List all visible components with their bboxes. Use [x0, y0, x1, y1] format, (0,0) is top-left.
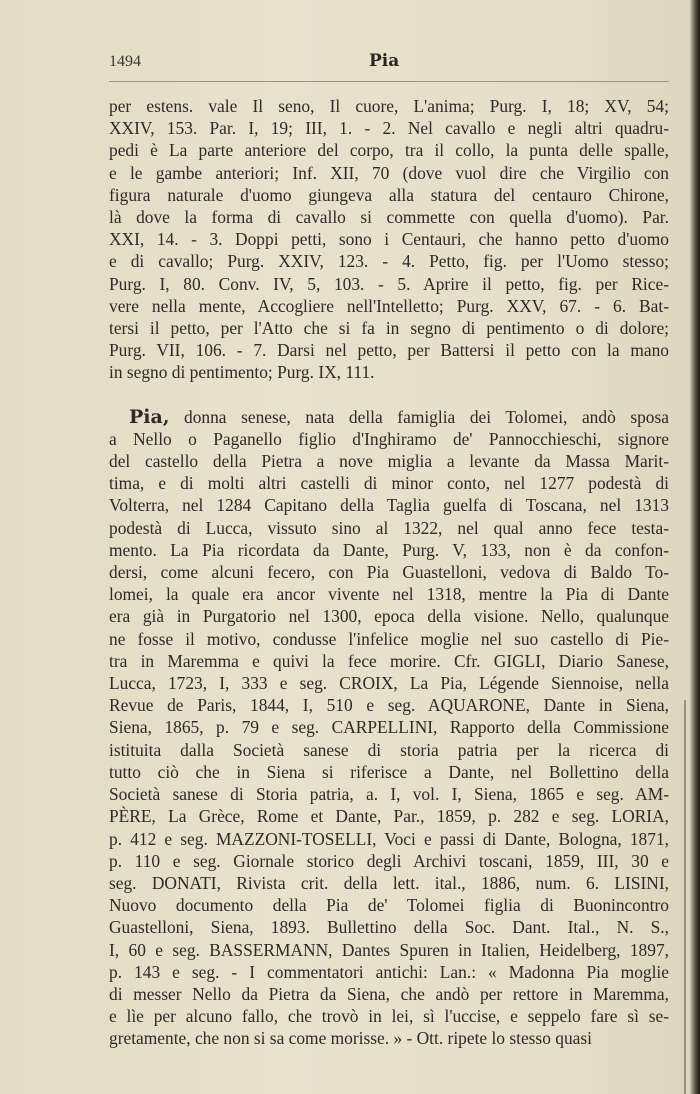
- text-line: p. 110 e seg. Giornale storico degli Arc…: [109, 850, 669, 872]
- text-line: di messer Nello da Pietra da Siena, che …: [109, 983, 669, 1005]
- text-line: Purg. VII, 106. - 7. Darsi nel petto, pe…: [109, 339, 669, 361]
- text-line: e di cavallo; Purg. XXIV, 123. - 4. Pett…: [109, 250, 669, 272]
- text-line: per estens. vale Il seno, Il cuore, L'an…: [109, 95, 669, 117]
- text-line: XXI, 14. - 3. Doppi petti, sono i Centau…: [109, 228, 669, 250]
- text-line: Guastelloni, Siena, 1893. Bullettino del…: [109, 916, 669, 938]
- text-line: podestà di Lucca, vissuto sino al 1322, …: [109, 517, 669, 539]
- text-line: Purg. I, 80. Conv. IV, 5, 103. - 5. Apri…: [109, 273, 669, 295]
- text-line: a Nello o Paganello figlio d'Inghiramo d…: [109, 428, 669, 450]
- text-line: tutto ciò che in Siena si riferisce a Da…: [109, 761, 669, 783]
- text-line: I, 60 e seg. BASSERMANN, Dantes Spuren i…: [109, 939, 669, 961]
- text-line: istituita dalla Società sanese di storia…: [109, 739, 669, 761]
- text-line: e le gambe anteriori; Inf. XII, 70 (dove…: [109, 162, 669, 184]
- text-line: e lìe per alcuno fallo, che trovò in lei…: [109, 1005, 669, 1027]
- entry-petto-continuation: per estens. vale Il seno, Il cuore, L'an…: [109, 95, 669, 384]
- text-line: p. 143 e seg. - I commentatori antichi: …: [109, 961, 669, 983]
- headword: Pia,: [129, 406, 169, 428]
- page-edge-line: [684, 700, 686, 1094]
- text-line: figura naturale d'uomo giungeva alla sta…: [109, 184, 669, 206]
- page-number: 1494: [109, 53, 141, 71]
- text-line: era già in Purgatorio nel 1300, epoca de…: [109, 605, 669, 627]
- text-line: lomei, la quale era ancor vivente nel 13…: [109, 583, 669, 605]
- text-line: dersi, come alcuni fecero, con Pia Guast…: [109, 561, 669, 583]
- text-line: p. 412 e seg. MAZZONI-TOSELLI, Voci e pa…: [109, 828, 669, 850]
- page-header: 1494 Pia: [109, 53, 669, 77]
- text-line: là dove la forma di cavallo si commette …: [109, 206, 669, 228]
- text-line: ne fosse il motivo, condusse l'infelice …: [109, 628, 669, 650]
- page-body: per estens. vale Il seno, Il cuore, L'an…: [109, 95, 669, 1050]
- running-head: Pia: [369, 51, 399, 71]
- text-line: Siena, 1865, p. 79 e seg. CARPELLINI, Ra…: [109, 716, 669, 738]
- page-edge: [690, 0, 700, 1094]
- text-line: Pia, donna senese, nata della famiglia d…: [109, 406, 669, 428]
- text-line: in segno di pentimento; Purg. IX, 111.: [109, 361, 669, 383]
- text-line: XXIV, 153. Par. I, 19; III, 1. - 2. Nel …: [109, 117, 669, 139]
- text-line: PÈRE, La Grèce, Rome et Dante, Par., 185…: [109, 805, 669, 827]
- text-line: mento. La Pia ricordata da Dante, Purg. …: [109, 539, 669, 561]
- text-line: gretamente, che non si sa come morisse. …: [109, 1027, 669, 1049]
- text-line: Revue de Paris, 1844, I, 510 e seg. AQUA…: [109, 694, 669, 716]
- text-line: tra in Maremma e quivi la fece morire. C…: [109, 650, 669, 672]
- text-line: pedi è La parte anteriore del corpo, tra…: [109, 139, 669, 161]
- text-line: Lucca, 1723, I, 333 e seg. CROIX, La Pia…: [109, 672, 669, 694]
- text-line: Società sanese di Storia patria, a. I, v…: [109, 783, 669, 805]
- text-line: seg. DONATI, Rivista crit. della lett. i…: [109, 872, 669, 894]
- text-line: tima, e di molti altri castelli di minor…: [109, 472, 669, 494]
- text-line: vere nella mente, Accogliere nell'Intell…: [109, 295, 669, 317]
- entry-pia: Pia, donna senese, nata della famiglia d…: [109, 406, 669, 1050]
- text-line: Nuovo documento della Pia de' Tolomei fi…: [109, 894, 669, 916]
- header-rule: [109, 81, 669, 82]
- text-line: tersi il petto, per l'Atto che si fa in …: [109, 317, 669, 339]
- text-line: del castello della Pietra a nove miglia …: [109, 450, 669, 472]
- text-line: Volterra, nel 1284 Capitano della Taglia…: [109, 494, 669, 516]
